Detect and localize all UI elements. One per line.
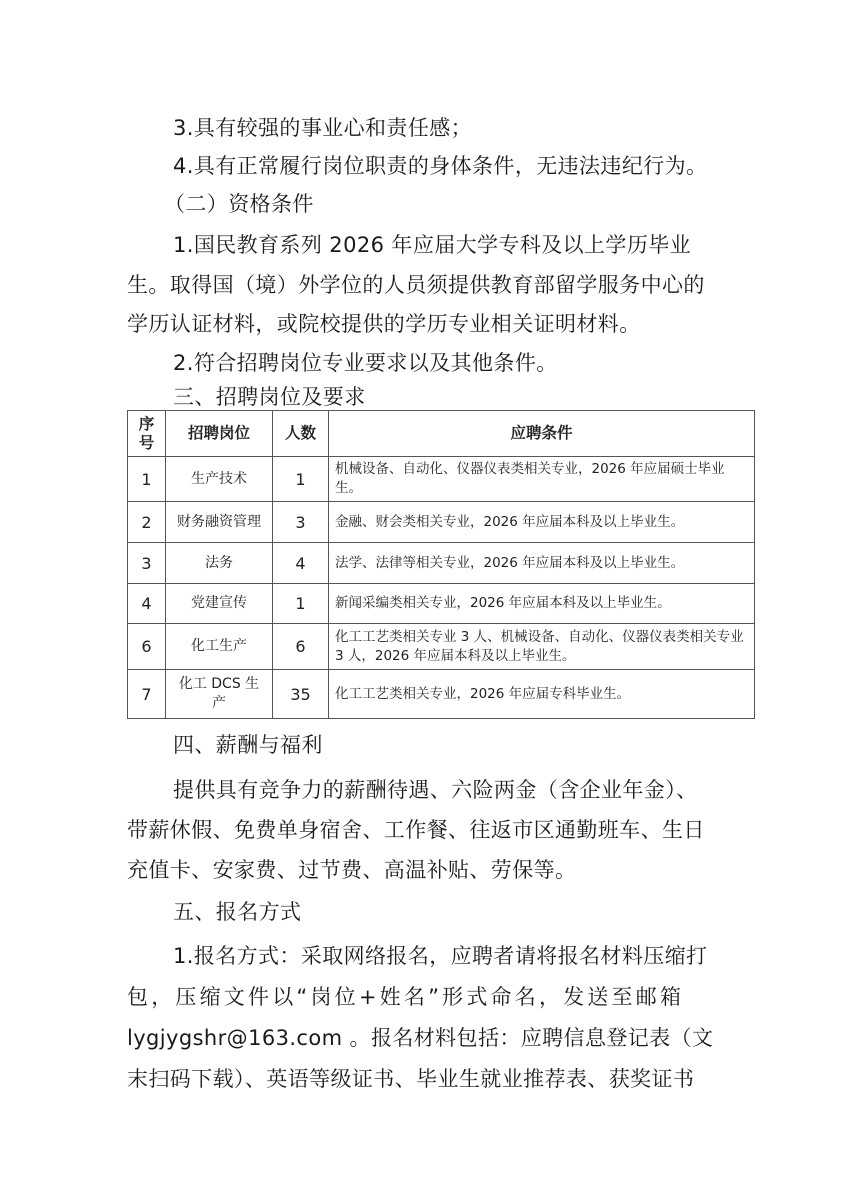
section-heading-positions: 三、招聘岗位及要求 bbox=[173, 383, 366, 411]
cell-seq: 1 bbox=[128, 457, 166, 502]
table-row: 4 党建宣传 1 新闻采编类相关专业，2026 年应届本科及以上毕业生。 bbox=[128, 584, 755, 624]
header-count: 人数 bbox=[273, 411, 329, 457]
cell-count: 4 bbox=[273, 543, 329, 584]
qualification-item-1-line-1: 1.国民教育系列 2026 年应届大学专科及以上学历毕业 bbox=[173, 231, 691, 259]
cell-count: 3 bbox=[273, 502, 329, 543]
table-row: 3 法务 4 法学、法律等相关专业，2026 年应届本科及以上毕业生。 bbox=[128, 543, 755, 584]
cell-count: 1 bbox=[273, 457, 329, 502]
application-line-3[interactable]: lygjygshr@163.com 。报名材料包括：应聘信息登记表（文 bbox=[127, 1024, 713, 1052]
cell-position: 生产技术 bbox=[166, 457, 273, 502]
qualification-item-2: 2.符合招聘岗位专业要求以及其他条件。 bbox=[173, 349, 558, 377]
qualification-item-1-line-3: 学历认证材料，或院校提供的学历专业相关证明材料。 bbox=[127, 310, 641, 338]
cell-position: 法务 bbox=[166, 543, 273, 584]
positions-table: 序号 招聘岗位 人数 应聘条件 1 生产技术 1 机械设备、自动化、仪器仪表类相… bbox=[127, 410, 755, 719]
requirement-item-3: 3.具有较强的事业心和责任感； bbox=[173, 114, 472, 142]
application-line-4: 末扫码下载）、英语等级证书、毕业生就业推荐表、获奖证书 bbox=[127, 1065, 694, 1093]
benefits-line-1: 提供具有竞争力的薪酬待遇、六险两金（含企业年金）、 bbox=[173, 776, 698, 804]
benefits-line-3: 充值卡、安家费、过节费、高温补贴、劳保等。 bbox=[127, 856, 576, 884]
cell-count: 6 bbox=[273, 624, 329, 670]
table-row: 2 财务融资管理 3 金融、财会类相关专业，2026 年应届本科及以上毕业生。 bbox=[128, 502, 755, 543]
table-row: 6 化工生产 6 化工工艺类相关专业 3 人、机械设备、自动化、仪器仪表类相关专… bbox=[128, 624, 755, 670]
table-row: 1 生产技术 1 机械设备、自动化、仪器仪表类相关专业，2026 年应届硕士毕业… bbox=[128, 457, 755, 502]
cell-requirements: 金融、财会类相关专业，2026 年应届本科及以上毕业生。 bbox=[329, 502, 755, 543]
qualification-item-1-line-2: 生。取得国（境）外学位的人员须提供教育部留学服务中心的 bbox=[127, 271, 705, 299]
cell-seq: 7 bbox=[128, 670, 166, 719]
cell-requirements: 法学、法律等相关专业，2026 年应届本科及以上毕业生。 bbox=[329, 543, 755, 584]
section-heading-application: 五、报名方式 bbox=[173, 898, 301, 926]
benefits-line-2: 带薪休假、免费单身宿舍、工作餐、往返市区通勤班车、生日 bbox=[127, 816, 705, 844]
cell-requirements: 机械设备、自动化、仪器仪表类相关专业，2026 年应届硕士毕业生。 bbox=[329, 457, 755, 502]
subsection-heading-qualifications: （二）资格条件 bbox=[164, 190, 314, 218]
table-header-row: 序号 招聘岗位 人数 应聘条件 bbox=[128, 411, 755, 457]
cell-position: 化工生产 bbox=[166, 624, 273, 670]
header-seq: 序号 bbox=[128, 411, 166, 457]
cell-seq: 6 bbox=[128, 624, 166, 670]
cell-position: 化工 DCS 生产 bbox=[166, 670, 273, 719]
application-line-2: 包，压缩文件以“岗位+姓名”形式命名，发送至邮箱 bbox=[127, 983, 684, 1011]
cell-seq: 2 bbox=[128, 502, 166, 543]
section-heading-compensation: 四、薪酬与福利 bbox=[173, 731, 323, 759]
cell-requirements: 新闻采编类相关专业，2026 年应届本科及以上毕业生。 bbox=[329, 584, 755, 624]
cell-position: 财务融资管理 bbox=[166, 502, 273, 543]
cell-position: 党建宣传 bbox=[166, 584, 273, 624]
cell-seq: 3 bbox=[128, 543, 166, 584]
cell-count: 35 bbox=[273, 670, 329, 719]
header-position: 招聘岗位 bbox=[166, 411, 273, 457]
cell-requirements: 化工工艺类相关专业 3 人、机械设备、自动化、仪器仪表类相关专业 3 人，202… bbox=[329, 624, 755, 670]
cell-seq: 4 bbox=[128, 584, 166, 624]
table-row: 7 化工 DCS 生产 35 化工工艺类相关专业，2026 年应届专科毕业生。 bbox=[128, 670, 755, 719]
cell-count: 1 bbox=[273, 584, 329, 624]
application-line-1: 1.报名方式：采取网络报名，应聘者请将报名材料压缩打 bbox=[173, 942, 707, 970]
header-requirements: 应聘条件 bbox=[329, 411, 755, 457]
cell-requirements: 化工工艺类相关专业，2026 年应届专科毕业生。 bbox=[329, 670, 755, 719]
requirement-item-4: 4.具有正常履行岗位职责的身体条件，无违法违纪行为。 bbox=[173, 152, 707, 180]
